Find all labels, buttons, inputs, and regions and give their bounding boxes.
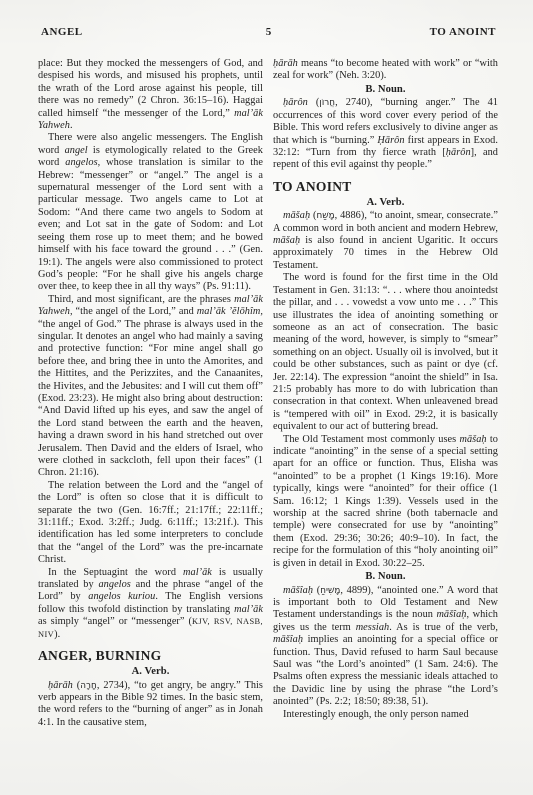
- paragraph: Third, and most significant, are the phr…: [38, 294, 263, 480]
- transliterated-word: māšîaḥ: [436, 609, 466, 620]
- paragraph: The relation between the Lord and the “a…: [38, 480, 263, 567]
- paragraph: ḥārāh (חָרָה, 2734), “to get angry, be a…: [38, 680, 263, 730]
- paragraph: ḥārāh means “to become heated with work”…: [273, 58, 498, 83]
- paragraph: ḥārôn (חֲרוֹן, 2740), “burning anger.” T…: [273, 97, 498, 171]
- transliterated-word: mal’āk: [234, 604, 263, 615]
- part-of-speech-subheading: B. Noun.: [273, 84, 498, 97]
- transliterated-word: messiah: [356, 622, 390, 633]
- part-of-speech-subheading: A. Verb.: [273, 197, 498, 210]
- transliterated-word: māšaḥ: [459, 434, 486, 445]
- hebrew-word: מָשַׁח: [316, 211, 334, 221]
- transliterated-word: māšîaḥ: [273, 634, 303, 645]
- paragraph: The Old Testament most commonly uses māš…: [273, 434, 498, 570]
- transliterated-word: angel: [65, 145, 88, 156]
- running-head-left: ANGEL: [41, 26, 83, 38]
- transliterated-word: mal’āk Yahweh: [38, 108, 263, 131]
- left-column: place: But they mocked the messengers of…: [38, 58, 263, 790]
- version-abbreviations: KJV, RSV, NASB, NIV: [38, 617, 263, 638]
- paragraph: There were also angelic messengers. The …: [38, 132, 263, 293]
- paragraph: place: But they mocked the messengers of…: [38, 58, 263, 132]
- transliterated-word: ḥārāh: [48, 680, 73, 691]
- transliterated-word: ḥārôn: [283, 97, 308, 108]
- page-number: 5: [266, 26, 272, 38]
- paragraph: The word is found for the first time in …: [273, 272, 498, 433]
- right-column: ḥārāh means “to become heated with work”…: [273, 58, 498, 790]
- hebrew-word: מָשִׁיחַ: [320, 586, 340, 596]
- book-page: ANGEL 5 TO ANOINT place: But they mocked…: [0, 0, 533, 795]
- transliterated-word: māšîaḥ: [283, 585, 313, 596]
- running-head-right: TO ANOINT: [430, 26, 496, 38]
- part-of-speech-subheading: A. Verb.: [38, 666, 263, 679]
- transliterated-word: ḥārôn: [446, 147, 471, 158]
- transliterated-word: angelos,: [65, 157, 100, 168]
- transliterated-word: Ḥārôn: [377, 135, 404, 146]
- hebrew-word: חָרָה: [80, 681, 97, 691]
- entry-heading: TO ANOINT: [273, 179, 498, 194]
- paragraph: In the Septuagint the word mal’āk is usu…: [38, 567, 263, 641]
- transliterated-word: angelos: [98, 579, 130, 590]
- transliterated-word: mal’āk: [183, 567, 212, 578]
- transliterated-word: mal’āk ’ĕlōhîm,: [197, 306, 263, 317]
- text-columns: place: But they mocked the messengers of…: [38, 58, 498, 790]
- paragraph: māšaḥ (מָשַׁח, 4886), “to anoint, smear,…: [273, 210, 498, 272]
- transliterated-word: māšaḥ: [283, 210, 310, 221]
- entry-heading: ANGER, BURNING: [38, 648, 263, 663]
- paragraph: māšîaḥ (מָשִׁיחַ, 4899), “anointed one.”…: [273, 585, 498, 709]
- transliterated-word: angelos kuriou: [88, 591, 155, 602]
- transliterated-word: māšaḥ: [273, 235, 300, 246]
- paragraph: Interestingly enough, the only person na…: [273, 709, 498, 721]
- page-header: ANGEL 5 TO ANOINT: [41, 26, 496, 40]
- part-of-speech-subheading: B. Noun.: [273, 571, 498, 584]
- hebrew-word: חֲרוֹן: [319, 98, 335, 108]
- transliterated-word: ḥārāh: [273, 58, 298, 69]
